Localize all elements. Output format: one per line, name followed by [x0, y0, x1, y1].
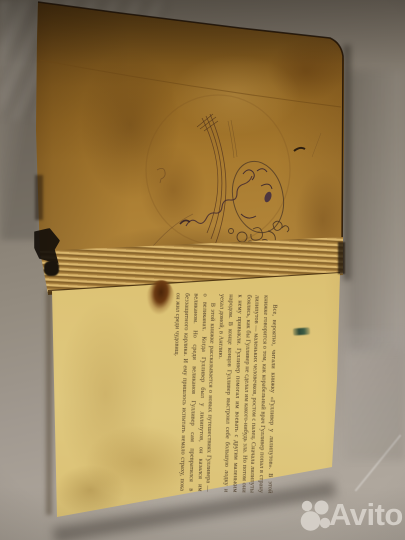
- avito-logo-icon: [293, 496, 331, 534]
- page-printed-text: Все, вероятно, читали книжку «Гулливер у…: [159, 293, 278, 494]
- damaged-edge-spot: [44, 261, 59, 276]
- avito-watermark: Avito: [287, 492, 405, 538]
- edge-shadow: [35, 175, 43, 220]
- photo-scene: Все, вероятно, читали книжку «Гулливер у…: [0, 0, 405, 540]
- page-paragraph: В этой книжке рассказывается о новых пут…: [168, 293, 217, 492]
- green-stamp-mark: [293, 327, 310, 335]
- page-paragraph: Все, вероятно, читали книжку «Гулливер у…: [212, 294, 279, 494]
- avito-brand-text: Avito: [329, 492, 405, 536]
- damaged-edge-spot: [338, 242, 345, 274]
- page-highlight: [280, 300, 340, 460]
